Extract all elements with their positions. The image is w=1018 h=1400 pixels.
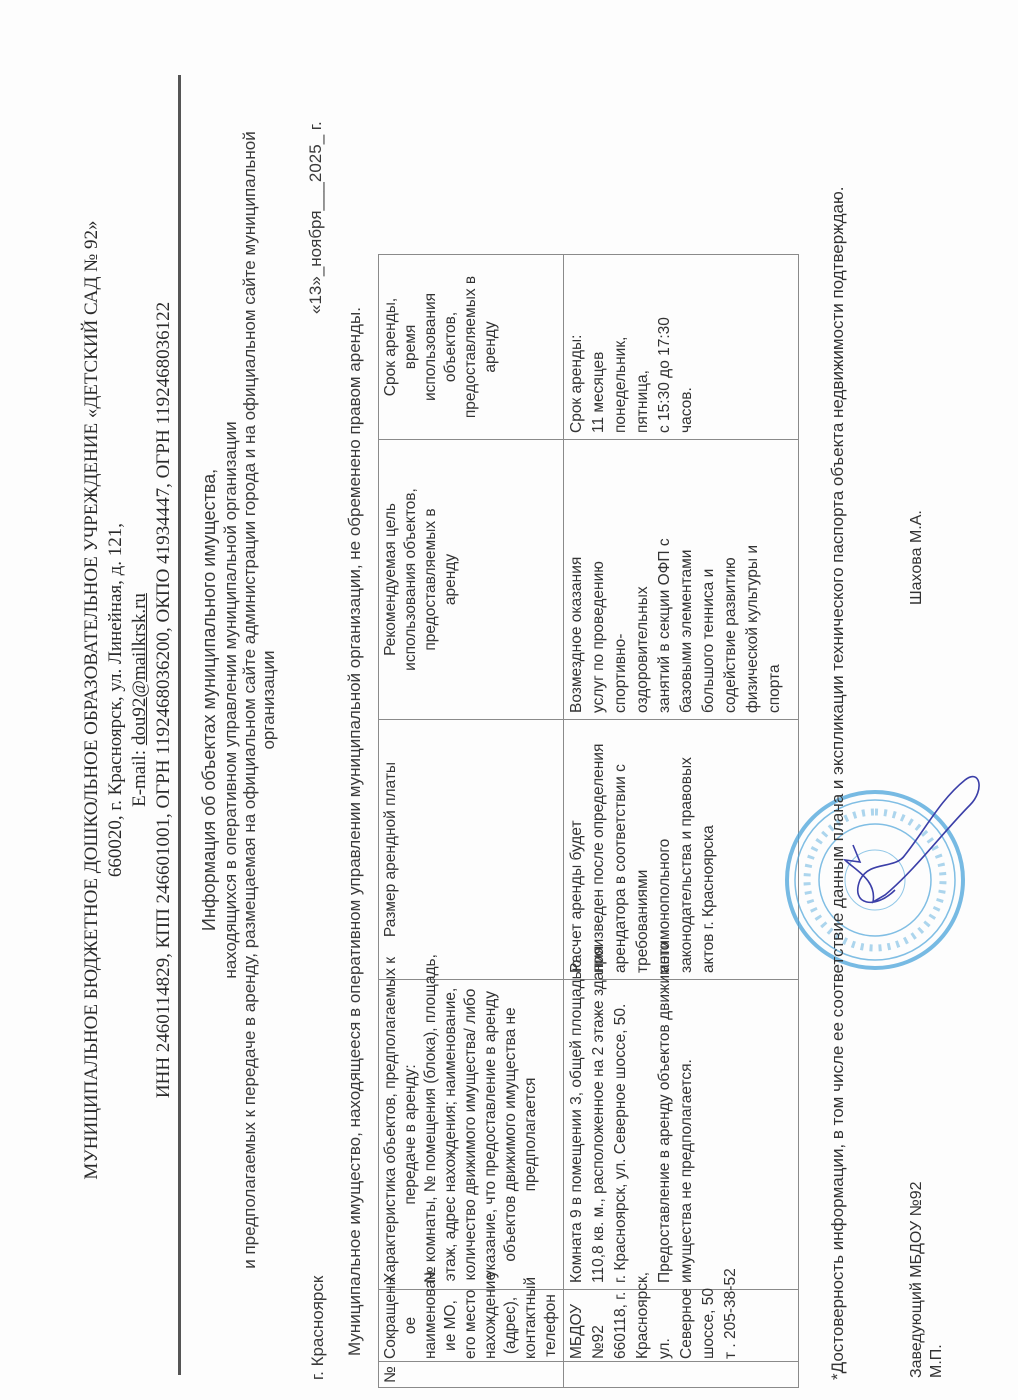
org-email: E-mail: dou92@mailkrsk.ru: [128, 0, 151, 1400]
signature-icon: [845, 777, 979, 903]
cell-number: [564, 1362, 799, 1388]
seal-mark: М.П.: [928, 1344, 946, 1378]
org-name: МУНИЦИПАЛЬНОЕ БЮДЖЕТНОЕ ДОШКОЛЬНОЕ ОБРАЗ…: [80, 0, 103, 1400]
signatory-position: Заведующий МБДОУ №92: [908, 1181, 926, 1378]
org-requisites: ИНН 2460114829, КПП 246601001, ОГРН 1192…: [152, 0, 175, 1400]
email-link[interactable]: dou92@mailkrsk.ru: [129, 593, 150, 745]
intro-text: Муниципальное имущество, находящееся в о…: [345, 307, 364, 1356]
cell-term: Срок аренды:11 месяцевпонедельник,пятниц…: [564, 255, 799, 440]
document-page: МУНИЦИПАЛЬНОЕ БЮДЖЕТНОЕ ДОШКОЛЬНОЕ ОБРАЗ…: [0, 0, 1018, 1400]
doc-title-line3: и предполагаемых к передаче в аренду, ра…: [240, 0, 259, 1400]
doc-date: «13»_ноября___2025_ г.: [306, 121, 325, 314]
header-characteristics: Характеристика объектов, предполагаемых …: [379, 980, 564, 1290]
org-address: 660020, г. Красноярск, ул. Линейная, д. …: [104, 0, 127, 1400]
table-row: МБДОУ№92660118, г.Красноярск,ул.Северное…: [564, 70, 799, 1388]
table-header-row: № Сокращенноенаименование МО,его местона…: [379, 70, 564, 1388]
email-label: E-mail:: [129, 745, 150, 807]
cell-organization: МБДОУ№92660118, г.Красноярск,ул.Северное…: [564, 1290, 799, 1362]
header-number: №: [379, 1362, 564, 1388]
header-term: Срок аренды,времяиспользованияобъектов,п…: [379, 255, 564, 440]
header-purpose: Рекомендуемая цельиспользования объектов…: [379, 440, 564, 720]
header-rent: Размер арендной платы: [379, 720, 564, 980]
doc-title-line4: организации: [259, 0, 278, 1400]
cell-rent: Расчет аренды будетпроизведен после опре…: [564, 720, 799, 980]
header-divider: [178, 75, 181, 1375]
cell-purpose: Возмездное оказанияуслуг по проведениюсп…: [564, 440, 799, 720]
footnote: *Достоверность информации, в том числе е…: [828, 187, 848, 1380]
header-organization: Сокращенноенаименование МО,его местонахо…: [379, 1290, 564, 1362]
city: г. Красноярск: [308, 1276, 327, 1380]
official-stamp-icon: [765, 730, 995, 1030]
cell-characteristics: Комната 9 в помещении 3, общей площадью1…: [564, 980, 799, 1290]
seal-icon: [787, 792, 963, 968]
doc-title-line2: находящихся в оперативном управлении мун…: [221, 0, 240, 1400]
signatory-name: Шахова М.А.: [908, 510, 926, 605]
doc-title-line1: Информация об объектах муниципального им…: [200, 0, 219, 1400]
property-table: № Сокращенноенаименование МО,его местона…: [378, 69, 799, 1388]
